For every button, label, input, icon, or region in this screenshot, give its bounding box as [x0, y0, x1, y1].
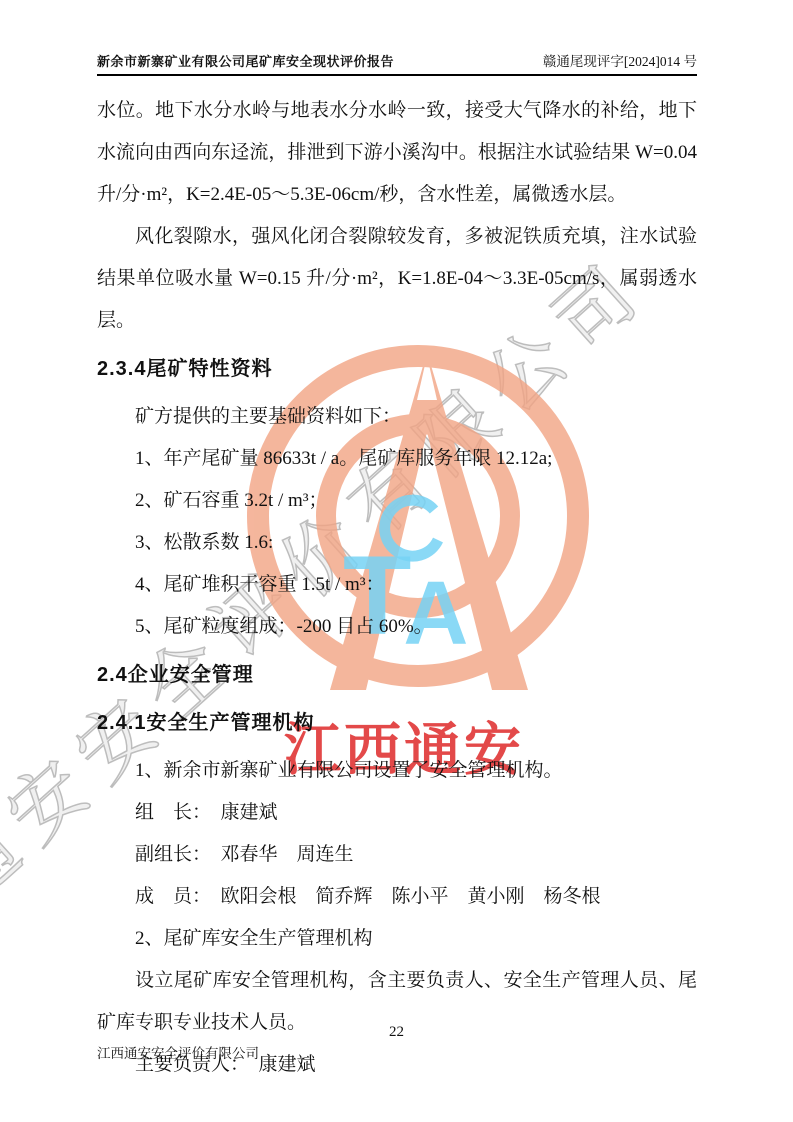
paragraph: 矿方提供的主要基础资料如下： [97, 396, 697, 438]
paragraph: 组 长： 康建斌 [97, 792, 697, 834]
page-header: 新余市新寨矿业有限公司尾矿库安全现状评价报告 赣通尾现评字[2024]014 号 [97, 50, 697, 76]
list-item: 5、尾矿粒度组成：-200 目占 60%。 [97, 606, 697, 648]
list-item: 2、矿石容重 3.2t / m³； [97, 480, 697, 522]
paragraph: 成 员： 欧阳会根 简乔辉 陈小平 黄小刚 杨冬根 [97, 876, 697, 918]
paragraph: 2、尾矿库安全生产管理机构 [97, 918, 697, 960]
page-number: 22 [0, 1024, 793, 1041]
list-item: 1、年产尾矿量 86633t / a。尾矿库服务年限 12.12a; [97, 438, 697, 480]
list-item: 3、松散系数 1.6: [97, 522, 697, 564]
paragraph: 风化裂隙水，强风化闭合裂隙较发育，多被泥铁质充填，注水试验结果单位吸水量 W=0… [97, 216, 697, 342]
section-heading: 2.4企业安全管理 [97, 654, 697, 696]
paragraph: 副组长： 邓春华 周连生 [97, 834, 697, 876]
header-report-title: 新余市新寨矿业有限公司尾矿库安全现状评价报告 [97, 51, 394, 70]
document-body: 水位。地下水分水岭与地表水分水岭一致，接受大气降水的补给，地下水流向由西向东迳流… [97, 90, 697, 1086]
header-doc-number: 赣通尾现评字[2024]014 号 [543, 50, 697, 70]
list-item: 4、尾矿堆积干容重 1.5t / m³： [97, 564, 697, 606]
document-page: 江西通安安全评价有限公司 TA 江西通安 新余市新寨矿业有限公司尾矿库安全现状评… [0, 0, 793, 1122]
paragraph: 1、新余市新寨矿业有限公司设置了安全管理机构。 [97, 750, 697, 792]
section-heading: 2.3.4尾矿特性资料 [97, 348, 697, 390]
section-heading: 2.4.1安全生产管理机构 [97, 702, 697, 744]
paragraph: 水位。地下水分水岭与地表水分水岭一致，接受大气降水的补给，地下水流向由西向东迳流… [97, 90, 697, 216]
footer-company-name: 江西通安安全评价有限公司 [97, 1042, 259, 1062]
